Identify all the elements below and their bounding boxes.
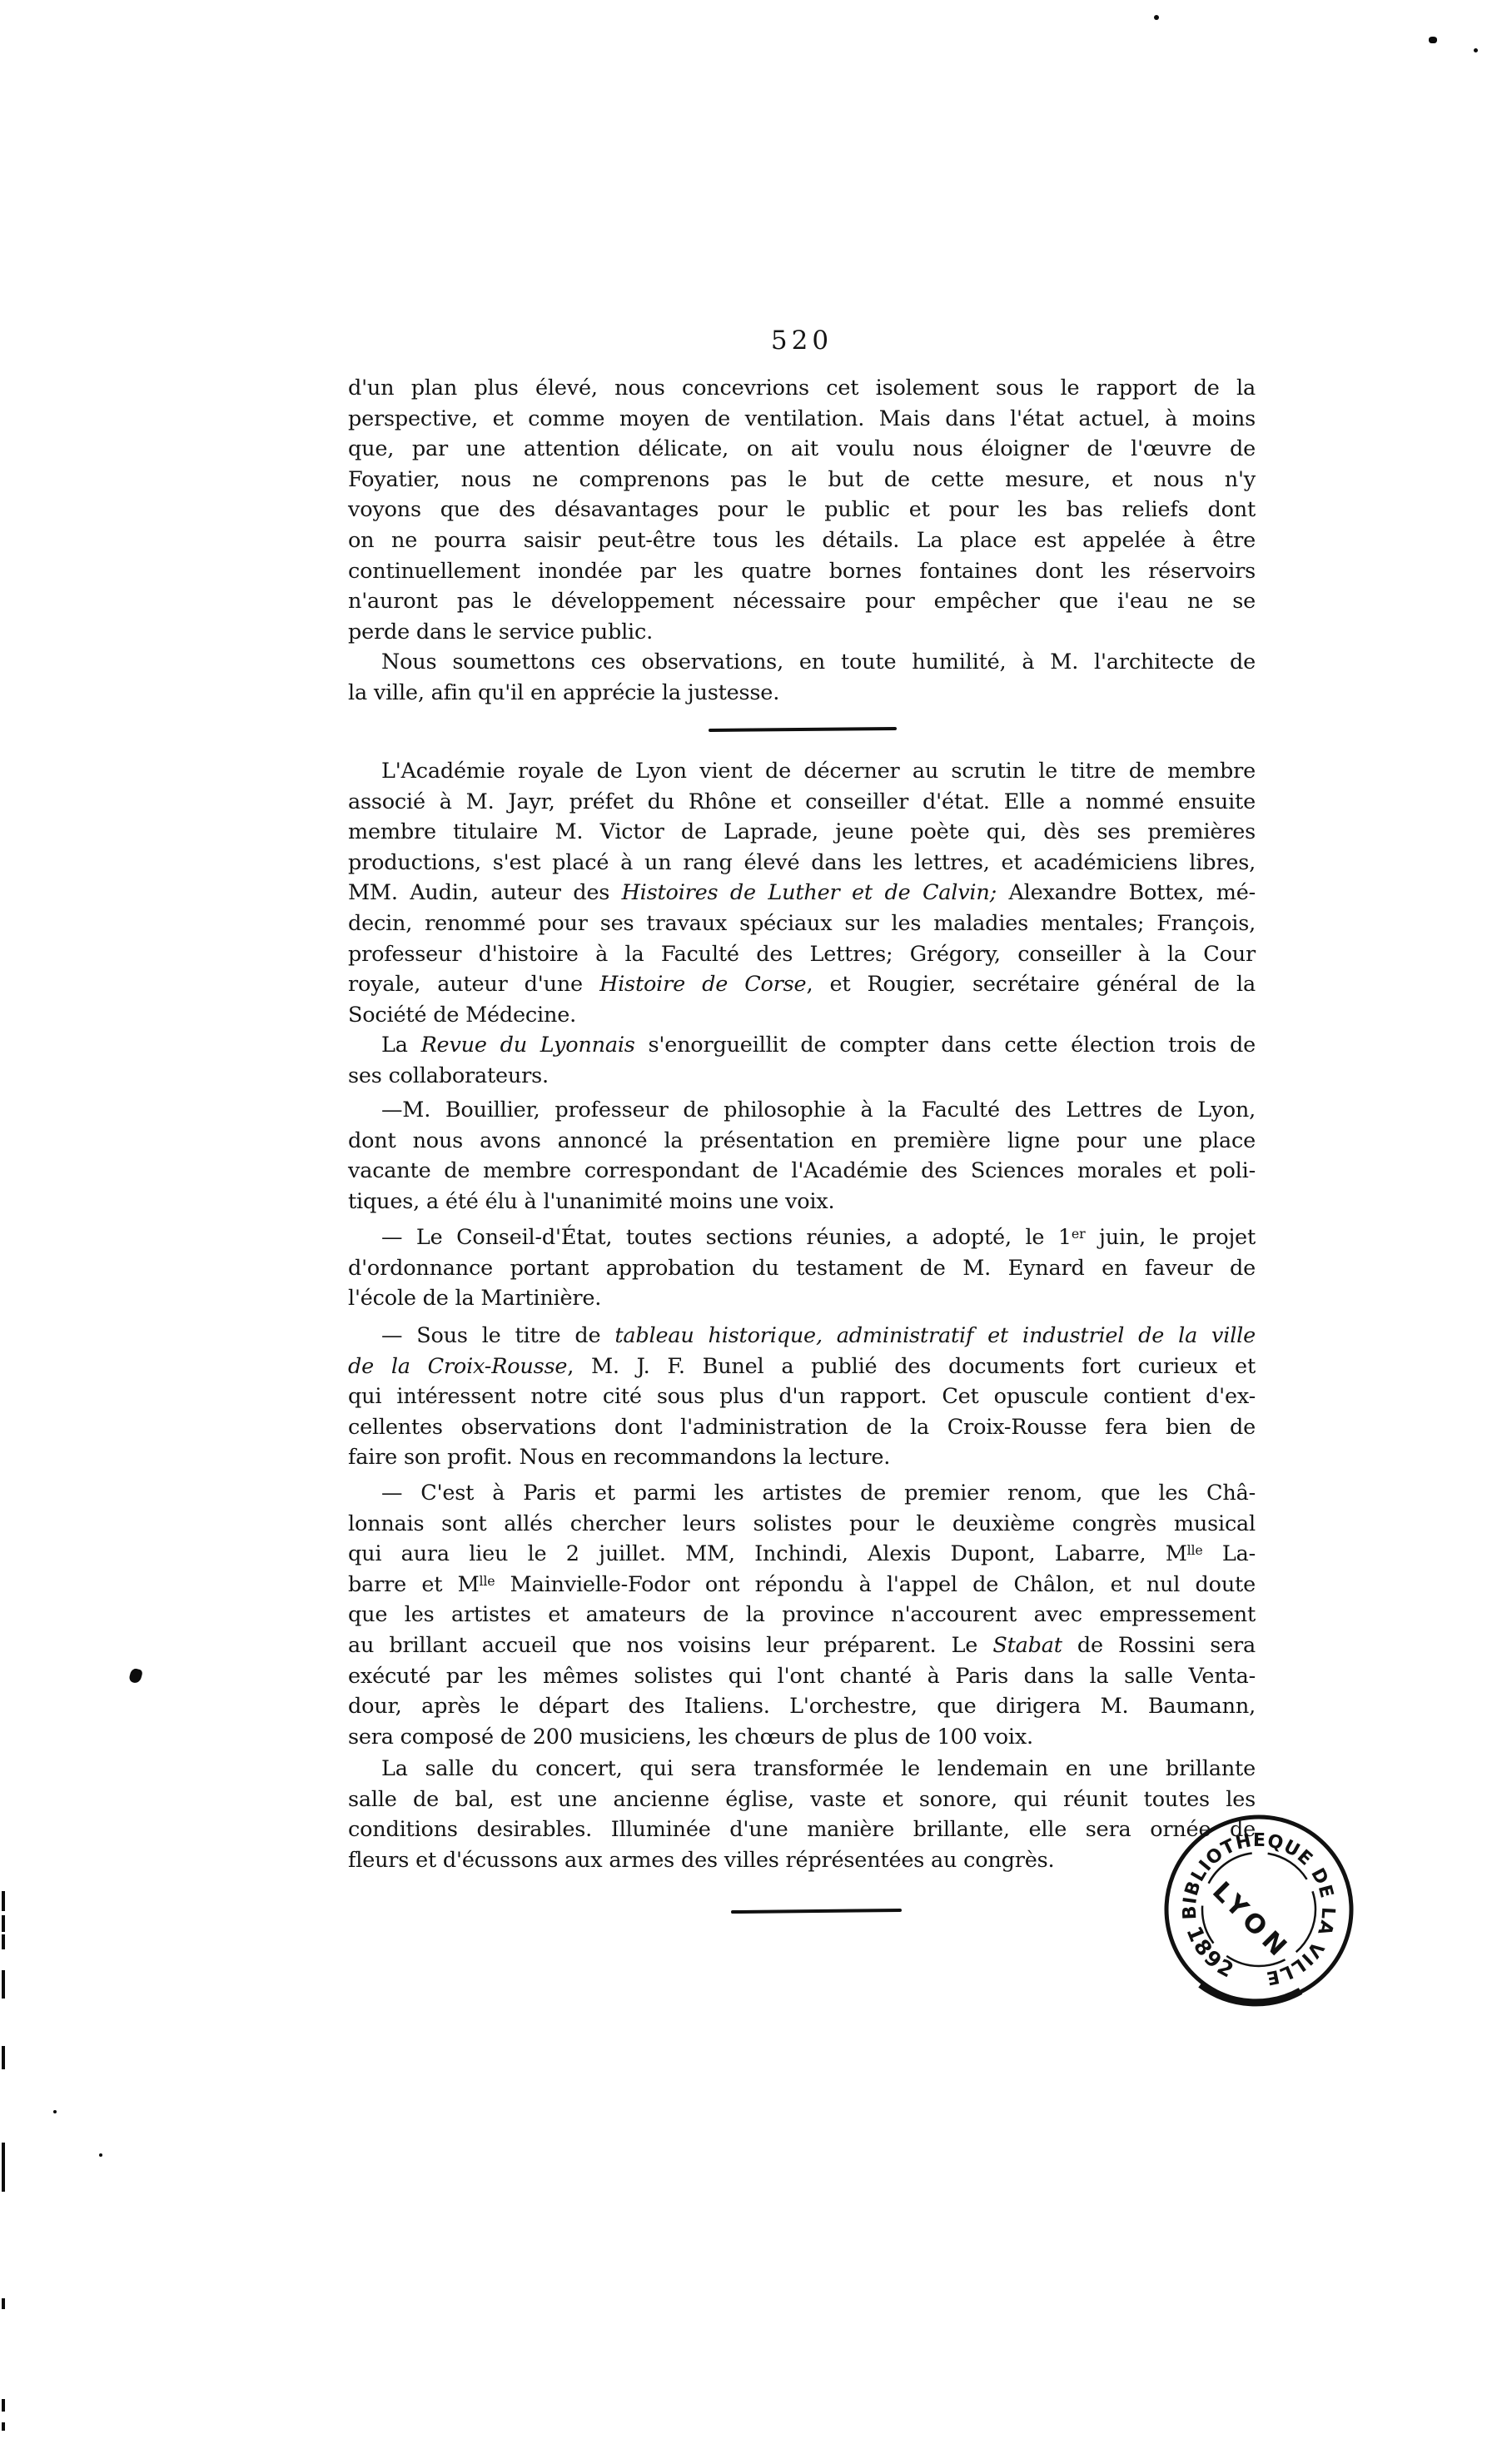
text-line: d'un plan plus élevé, nous concevrions c… [348, 373, 1256, 404]
text-line: vacante de membre correspondant de l'Aca… [348, 1156, 1256, 1187]
text-line: MM. Audin, auteur des Histoires de Luthe… [348, 878, 1256, 908]
text-line: productions, s'est placé à un rang élevé… [348, 848, 1256, 879]
text-line: ses collaborateurs. [348, 1061, 1256, 1092]
paragraph: — Le Conseil-d'État, toutes sections réu… [348, 1222, 1256, 1314]
text-line: La Revue du Lyonnais s'enorgueillit de c… [348, 1030, 1256, 1061]
text-line: de la Croix-Rousse, M. J. F. Bunel a pub… [348, 1351, 1256, 1382]
ink-speck [99, 2153, 102, 2157]
text-line: tiques, a été élu à l'unanimité moins un… [348, 1187, 1256, 1217]
text-line: barre et Mlle Mainvielle-Fodor ont répon… [348, 1570, 1256, 1600]
text-line: au brillant accueil que nos voisins leur… [348, 1630, 1256, 1661]
ink-speck [53, 2110, 57, 2113]
text-line: Société de Médecine. [348, 1000, 1256, 1031]
text-line: qui intéressent notre cité sous plus d'u… [348, 1381, 1256, 1412]
paragraph: —M. Bouillier, professeur de philosophie… [348, 1095, 1256, 1217]
text-line: que les artistes et amateurs de la provi… [348, 1600, 1256, 1630]
text-line: —M. Bouillier, professeur de philosophie… [348, 1095, 1256, 1126]
page-edge-dash [2, 2298, 5, 2309]
text-line: d'ordonnance portant approbation du test… [348, 1253, 1256, 1284]
text-line: professeur d'histoire à la Faculté des L… [348, 939, 1256, 970]
paragraph: Nous soumettons ces observations, en tou… [348, 647, 1256, 708]
text-line: membre titulaire M. Victor de Laprade, j… [348, 817, 1256, 848]
text-line: conditions desirables. Illuminée d'une m… [348, 1814, 1256, 1845]
paragraph: d'un plan plus élevé, nous concevrions c… [348, 373, 1256, 647]
text-line: — Le Conseil-d'État, toutes sections réu… [348, 1222, 1256, 1253]
ink-speck [1154, 15, 1159, 20]
ink-speck [1429, 37, 1437, 43]
text-line: que, par une attention délicate, on ait … [348, 434, 1256, 465]
text-line: L'Académie royale de Lyon vient de décer… [348, 756, 1256, 787]
ink-blot [128, 1667, 143, 1684]
text-line: lonnais sont allés chercher leurs solist… [348, 1509, 1256, 1540]
page-number: 520 [348, 326, 1256, 356]
text-line: Nous soumettons ces observations, en tou… [348, 647, 1256, 678]
page-edge-dash [2, 2399, 5, 2412]
text-line: associé à M. Jayr, préfet du Rhône et co… [348, 787, 1256, 818]
page-edge-dash [2, 2143, 5, 2192]
text-line: voyons que des désavantages pour le publ… [348, 495, 1256, 525]
page-edge-dash [2, 1970, 5, 1999]
section-divider [709, 727, 897, 732]
text-line: on ne pourra saisir peut-être tous les d… [348, 525, 1256, 556]
text-line: l'école de la Martinière. [348, 1283, 1256, 1314]
page-edge-dash [2, 1891, 5, 1911]
paragraph: L'Académie royale de Lyon vient de décer… [348, 756, 1256, 1030]
text-line: continuellement inondée par les quatre b… [348, 556, 1256, 587]
text-line: n'auront pas le développement nécessaire… [348, 586, 1256, 617]
text-line: faire son profit. Nous en recommandons l… [348, 1442, 1256, 1473]
text-line: — Sous le titre de tableau historique, a… [348, 1321, 1256, 1351]
text-line: perspective, et comme moyen de ventilati… [348, 404, 1256, 435]
text-line: perde dans le service public. [348, 617, 1256, 648]
text-line: decin, renommé pour ses travaux spéciaux… [348, 908, 1256, 939]
text-line: fleurs et d'écussons aux armes des ville… [348, 1845, 1256, 1876]
page-edge-dash [2, 2422, 5, 2431]
text-line: cellentes observations dont l'administra… [348, 1412, 1256, 1443]
page-edge-dash [2, 2046, 5, 2069]
page-edge-dash [2, 1915, 5, 1932]
text-line: sera composé de 200 musiciens, les chœur… [348, 1722, 1256, 1753]
text-line: royale, auteur d'une Histoire de Corse, … [348, 969, 1256, 1000]
paragraph: — C'est à Paris et parmi les artistes de… [348, 1478, 1256, 1752]
document-page: 520 d'un plan plus élevé, nous concevrio… [0, 0, 1487, 2464]
paragraph: La salle du concert, qui sera transformé… [348, 1754, 1256, 1875]
text-line: exécuté par les mêmes solistes qui l'ont… [348, 1661, 1256, 1692]
library-stamp: BIBLIOTHEQUE DE LA VILLE LYON 1892 [1151, 1801, 1367, 2018]
text-line: La salle du concert, qui sera transformé… [348, 1754, 1256, 1785]
page-edge-dash [2, 1934, 5, 1949]
text-line: — C'est à Paris et parmi les artistes de… [348, 1478, 1256, 1509]
paragraph: — Sous le titre de tableau historique, a… [348, 1321, 1256, 1473]
text-line: dont nous avons annoncé la présentation … [348, 1126, 1256, 1157]
section-divider [731, 1909, 902, 1914]
text-line: salle de bal, est une ancienne église, v… [348, 1785, 1256, 1815]
paragraph: La Revue du Lyonnais s'enorgueillit de c… [348, 1030, 1256, 1091]
text-line: la ville, afin qu'il en apprécie la just… [348, 678, 1256, 709]
stamp-outer-ring-heavy [1201, 1984, 1301, 2003]
text-line: Foyatier, nous ne comprenons pas le but … [348, 465, 1256, 495]
text-line: qui aura lieu le 2 juillet. MM, Inchindi… [348, 1539, 1256, 1570]
text-line: dour, après le départ des Italiens. L'or… [348, 1691, 1256, 1722]
ink-speck [1474, 48, 1478, 52]
